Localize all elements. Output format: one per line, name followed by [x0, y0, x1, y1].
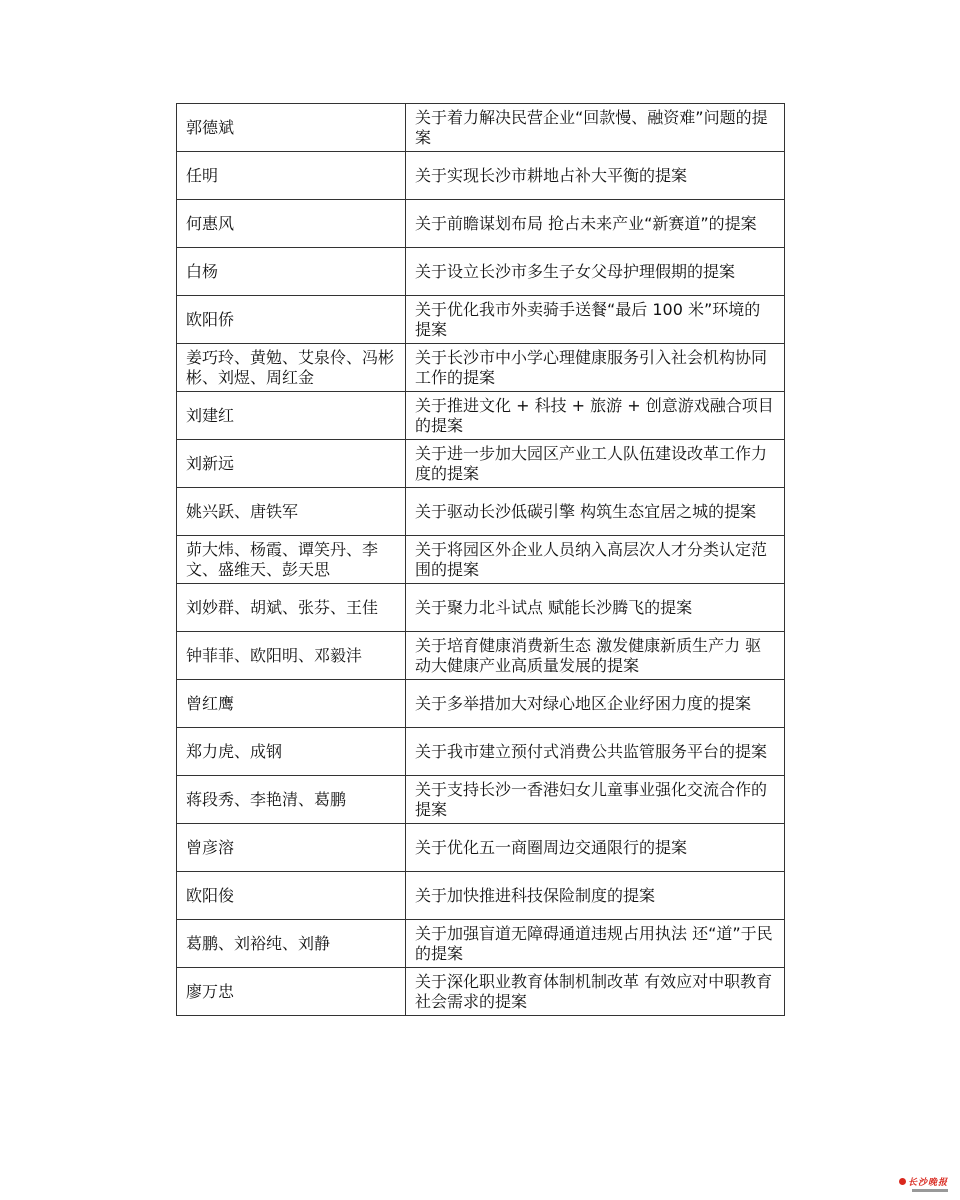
proposal-title-cell: 关于将园区外企业人员纳入高层次人才分类认定范围的提案 [406, 536, 785, 584]
proposer-cell: 欧阳侨 [177, 296, 406, 344]
proposer-cell: 蒋段秀、李艳清、葛鹏 [177, 776, 406, 824]
proposal-title-cell: 关于实现长沙市耕地占补大平衡的提案 [406, 152, 785, 200]
proposer-cell: 葛鹏、刘裕纯、刘静 [177, 920, 406, 968]
table-row: 姚兴跃、唐铁军关于驱动长沙低碳引擎 构筑生态宜居之城的提案 [177, 488, 785, 536]
table-row: 钟菲菲、欧阳明、邓毅沣关于培育健康消费新生态 激发健康新质生产力 驱动大健康产业… [177, 632, 785, 680]
table-row: 欧阳侨关于优化我市外卖骑手送餐“最后 100 米”环境的提案 [177, 296, 785, 344]
proposal-title-cell: 关于多举措加大对绿心地区企业纾困力度的提案 [406, 680, 785, 728]
proposer-cell: 廖万忠 [177, 968, 406, 1016]
table-row: 欧阳俊关于加快推进科技保险制度的提案 [177, 872, 785, 920]
proposals-table: 郭德斌关于着力解决民营企业“回款慢、融资难”问题的提案 任明关于实现长沙市耕地占… [176, 103, 785, 1016]
logo-icon [899, 1178, 906, 1185]
table-row: 刘新远关于进一步加大园区产业工人队伍建设改革工作力度的提案 [177, 440, 785, 488]
proposal-title-cell: 关于加快推进科技保险制度的提案 [406, 872, 785, 920]
proposer-cell: 郭德斌 [177, 104, 406, 152]
proposer-cell: 刘妙群、胡斌、张芬、王佳 [177, 584, 406, 632]
table-row: 何惠风关于前瞻谋划布局 抢占未来产业“新赛道”的提案 [177, 200, 785, 248]
proposal-title-cell: 关于优化五一商圈周边交通限行的提案 [406, 824, 785, 872]
proposer-cell: 刘建红 [177, 392, 406, 440]
newspaper-watermark: 长沙晚报 [899, 1175, 948, 1192]
proposer-cell: 曾红鹰 [177, 680, 406, 728]
table-row: 刘妙群、胡斌、张芬、王佳关于聚力北斗试点 赋能长沙腾飞的提案 [177, 584, 785, 632]
watermark-underline [912, 1189, 948, 1192]
proposal-title-cell: 关于深化职业教育体制机制改革 有效应对中职教育社会需求的提案 [406, 968, 785, 1016]
proposal-title-cell: 关于推进文化 + 科技 + 旅游 + 创意游戏融合项目的提案 [406, 392, 785, 440]
watermark-text: 长沙晚报 [908, 1175, 948, 1188]
table-row: 姜巧玲、黄勉、艾泉伶、冯彬彬、刘煜、周红金关于长沙市中小学心理健康服务引入社会机… [177, 344, 785, 392]
table-row: 郭德斌关于着力解决民营企业“回款慢、融资难”问题的提案 [177, 104, 785, 152]
table-row: 廖万忠关于深化职业教育体制机制改革 有效应对中职教育社会需求的提案 [177, 968, 785, 1016]
table-row: 刘建红关于推进文化 + 科技 + 旅游 + 创意游戏融合项目的提案 [177, 392, 785, 440]
table-row: 蒋段秀、李艳清、葛鹏关于支持长沙一香港妇女儿童事业强化交流合作的提案 [177, 776, 785, 824]
proposer-cell: 茆大炜、杨霞、谭笑丹、李文、盛维天、彭天思 [177, 536, 406, 584]
proposal-title-cell: 关于设立长沙市多生子女父母护理假期的提案 [406, 248, 785, 296]
table-row: 任明关于实现长沙市耕地占补大平衡的提案 [177, 152, 785, 200]
table-row: 曾红鹰关于多举措加大对绿心地区企业纾困力度的提案 [177, 680, 785, 728]
proposer-cell: 郑力虎、成钢 [177, 728, 406, 776]
table-row: 葛鹏、刘裕纯、刘静关于加强盲道无障碍通道违规占用执法 还“道”于民的提案 [177, 920, 785, 968]
proposer-cell: 欧阳俊 [177, 872, 406, 920]
proposal-title-cell: 关于着力解决民营企业“回款慢、融资难”问题的提案 [406, 104, 785, 152]
proposal-title-cell: 关于我市建立预付式消费公共监管服务平台的提案 [406, 728, 785, 776]
proposer-cell: 曾彦溶 [177, 824, 406, 872]
proposal-title-cell: 关于前瞻谋划布局 抢占未来产业“新赛道”的提案 [406, 200, 785, 248]
proposal-title-cell: 关于支持长沙一香港妇女儿童事业强化交流合作的提案 [406, 776, 785, 824]
table-row: 茆大炜、杨霞、谭笑丹、李文、盛维天、彭天思关于将园区外企业人员纳入高层次人才分类… [177, 536, 785, 584]
proposals-table-body: 郭德斌关于着力解决民营企业“回款慢、融资难”问题的提案 任明关于实现长沙市耕地占… [177, 104, 785, 1016]
table-row: 白杨关于设立长沙市多生子女父母护理假期的提案 [177, 248, 785, 296]
proposal-title-cell: 关于加强盲道无障碍通道违规占用执法 还“道”于民的提案 [406, 920, 785, 968]
proposer-cell: 姚兴跃、唐铁军 [177, 488, 406, 536]
proposal-title-cell: 关于驱动长沙低碳引擎 构筑生态宜居之城的提案 [406, 488, 785, 536]
proposer-cell: 白杨 [177, 248, 406, 296]
proposal-title-cell: 关于长沙市中小学心理健康服务引入社会机构协同工作的提案 [406, 344, 785, 392]
table-row: 郑力虎、成钢关于我市建立预付式消费公共监管服务平台的提案 [177, 728, 785, 776]
proposal-title-cell: 关于培育健康消费新生态 激发健康新质生产力 驱动大健康产业高质量发展的提案 [406, 632, 785, 680]
watermark-logo: 长沙晚报 [899, 1175, 948, 1188]
proposal-title-cell: 关于进一步加大园区产业工人队伍建设改革工作力度的提案 [406, 440, 785, 488]
proposer-cell: 刘新远 [177, 440, 406, 488]
table-row: 曾彦溶关于优化五一商圈周边交通限行的提案 [177, 824, 785, 872]
proposer-cell: 任明 [177, 152, 406, 200]
proposer-cell: 何惠风 [177, 200, 406, 248]
proposer-cell: 姜巧玲、黄勉、艾泉伶、冯彬彬、刘煜、周红金 [177, 344, 406, 392]
proposal-title-cell: 关于优化我市外卖骑手送餐“最后 100 米”环境的提案 [406, 296, 785, 344]
proposal-title-cell: 关于聚力北斗试点 赋能长沙腾飞的提案 [406, 584, 785, 632]
proposer-cell: 钟菲菲、欧阳明、邓毅沣 [177, 632, 406, 680]
